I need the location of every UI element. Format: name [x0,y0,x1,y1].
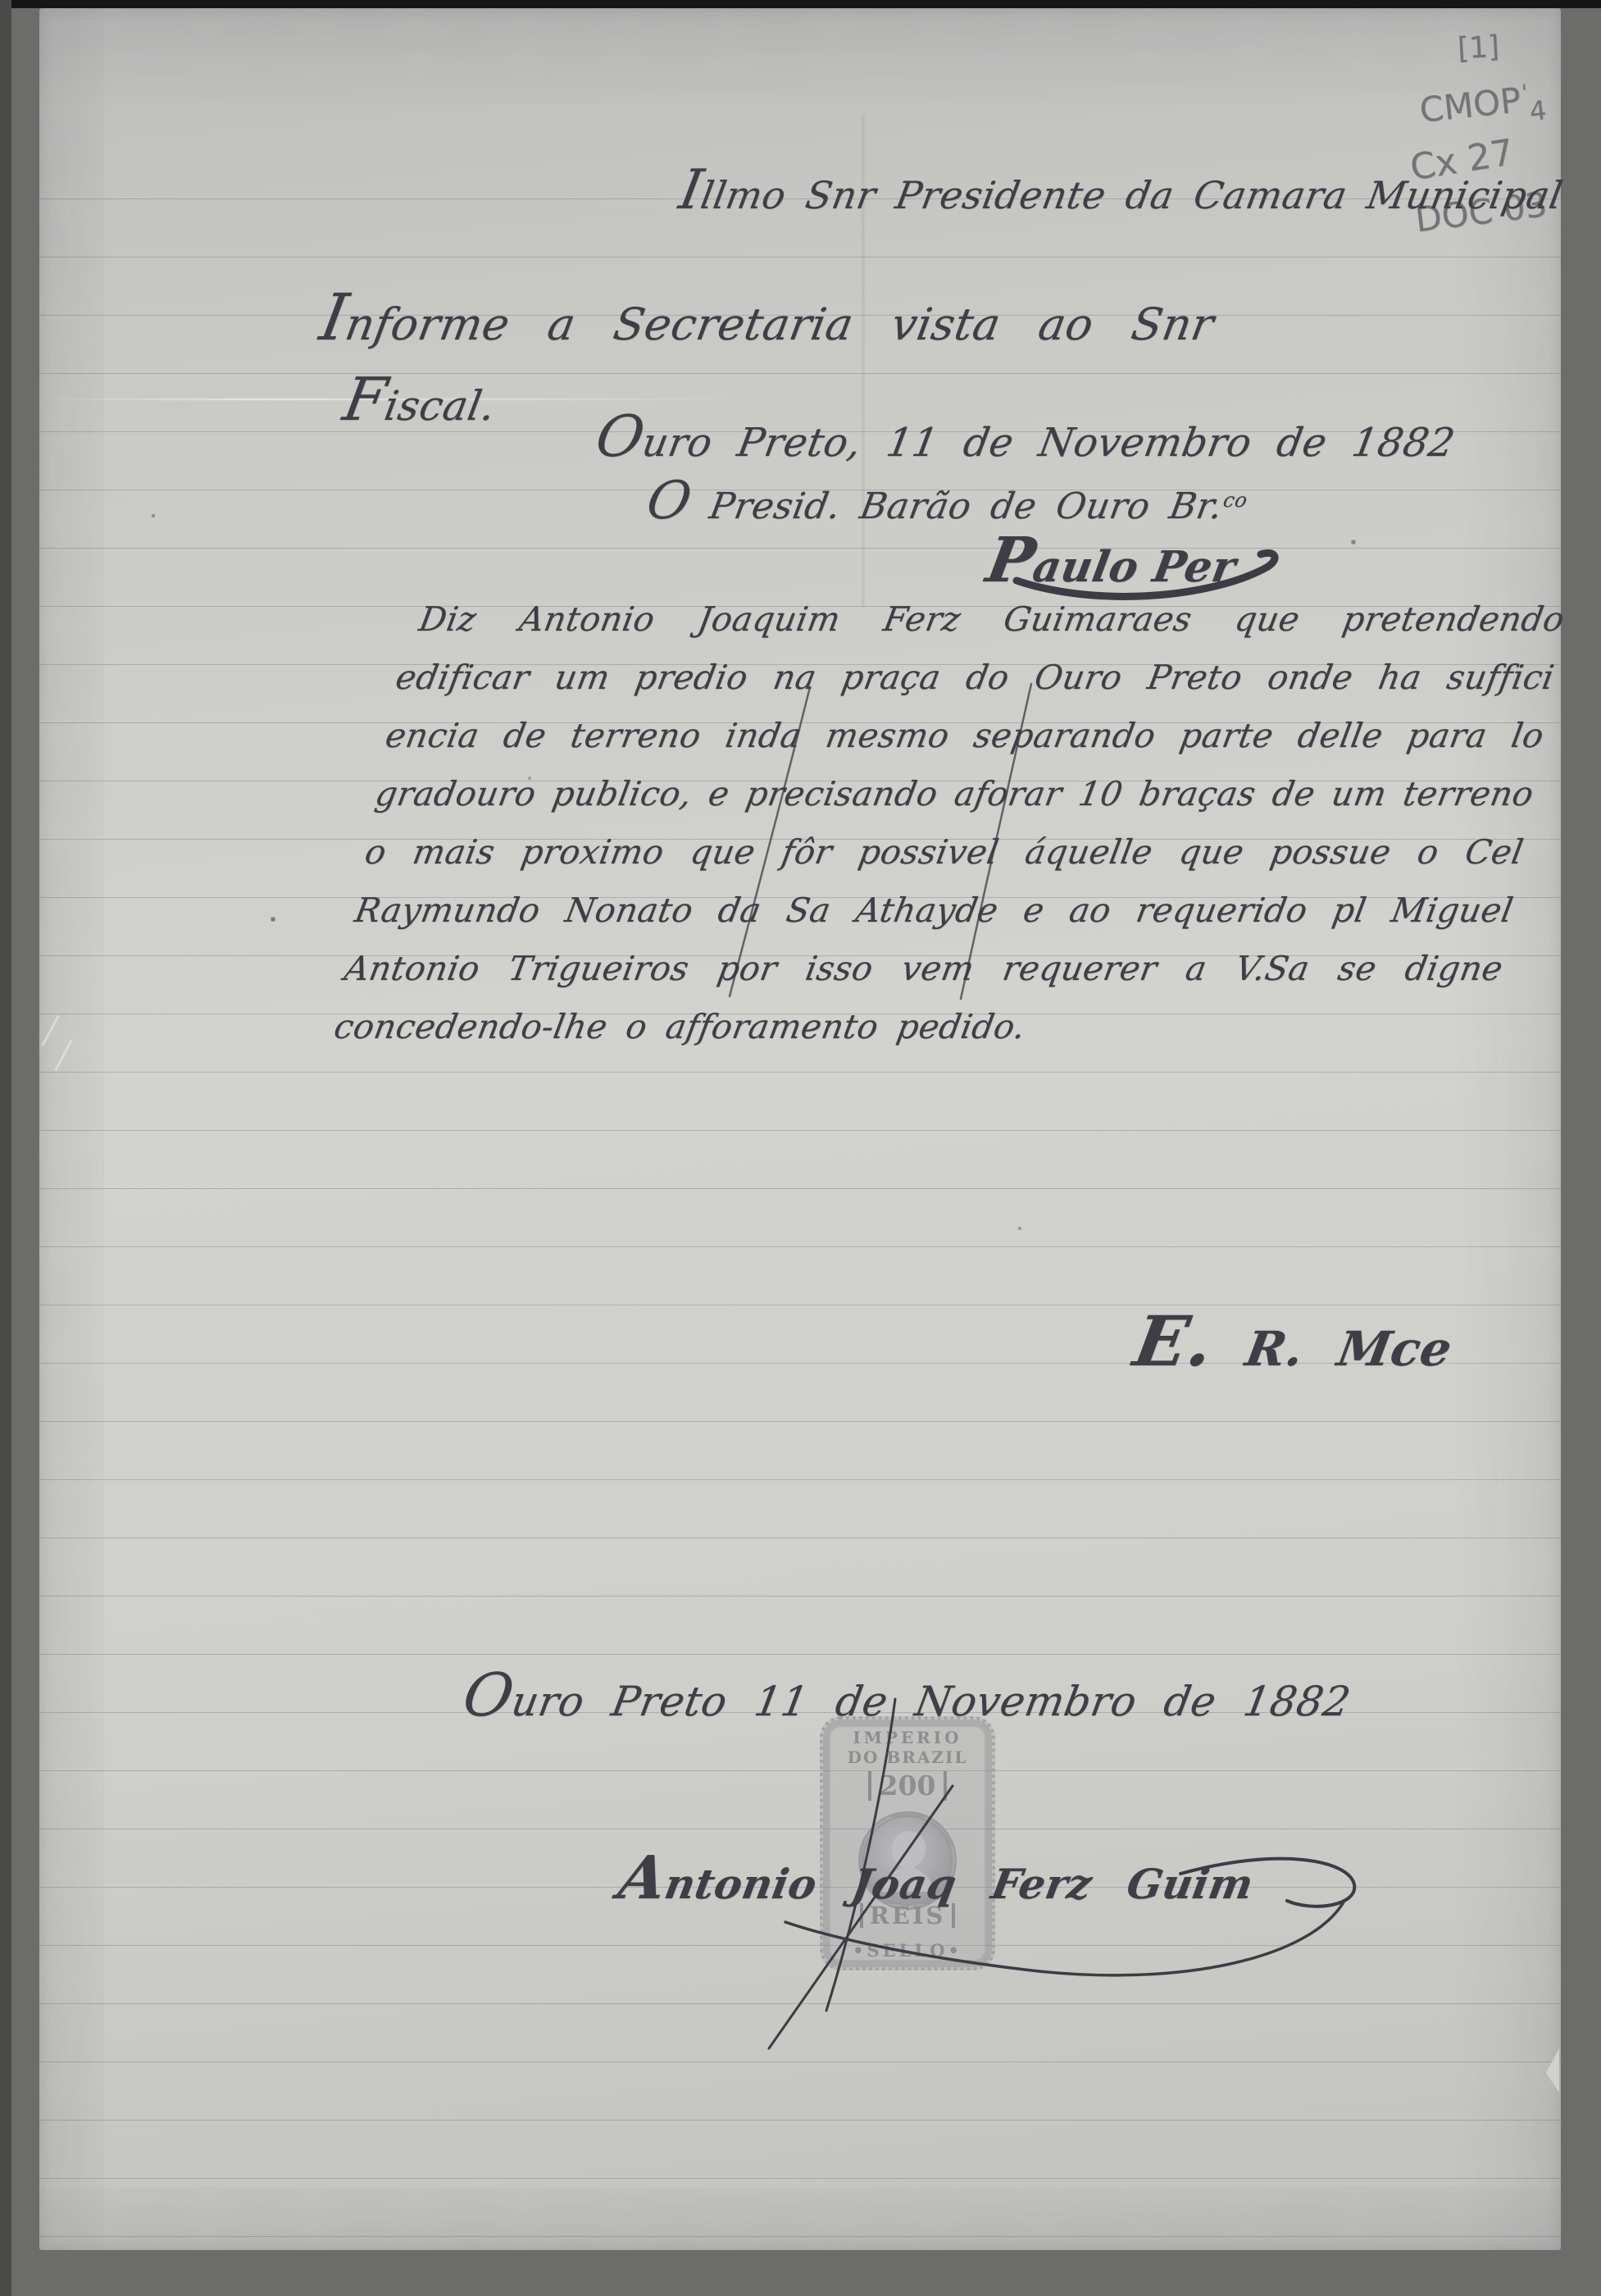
officeholder-text: O Presid. Barão de Ouro Br. [643,485,1226,527]
petition-body: Diz Antonio Joaquim Ferz Guimaraes que p… [330,590,1569,1056]
clerk-initials-signature: E. R. Mce [1128,1301,1460,1382]
petition-line: Raymundo Nonato da Sa Athayde e ao reque… [350,881,1518,940]
petition-line: gradouro publico, e precisando aforar 10… [371,765,1539,823]
scan-border-top [0,0,1601,8]
collection-number: 4 [1528,94,1548,127]
stamp-type-banner: •SELLO• [823,1940,992,1961]
scanned-document-page: { "annotations": { "ref": "[1]", "collec… [0,0,1601,2296]
stamp-country-line1: IMPERIO [823,1728,992,1747]
stamp-country-line2: DO BRAZIL [823,1747,992,1767]
petition-line: edificar um predio na praça do Ouro Pret… [391,649,1559,707]
petition-line: concedendo-lhe o afforamento pedido. [330,998,1498,1056]
archival-page-number: [1] [1457,30,1500,66]
dispatch-note-line2: Fiscal. [339,366,503,435]
scan-border-left [0,0,11,2296]
dust-specks [0,0,2,2]
petition-line: Antonio Trigueiros por isso vem requerer… [339,940,1508,998]
officeholder-line: O Presid. Barão de Ouro Br.co [642,471,1252,531]
petition-line: Diz Antonio Joaquim Ferz Guimaraes que p… [402,590,1570,649]
officeholder-superscript: co [1221,489,1249,512]
salutation-line: Illmo Snr Presidente da Camara Municipal [675,157,1569,221]
petition-line: o mais proximo que fôr possivel áquelle … [360,823,1528,881]
dispatch-dateline: Ouro Preto, 11 de Novembro de 1882 [591,403,1462,470]
collection-tick-mark: ' [1521,80,1529,106]
dispatch-note-line1: Informe a Secretaria vista ao Snr [315,280,1221,355]
president-signature: Paulo Per [981,523,1243,596]
stamp-value: 200 [868,1771,948,1801]
petition-line: encia de terreno inda mesmo separando pa… [381,707,1549,765]
petitioner-signature: Antonio Joaq Ferz Guim [614,1843,1261,1913]
